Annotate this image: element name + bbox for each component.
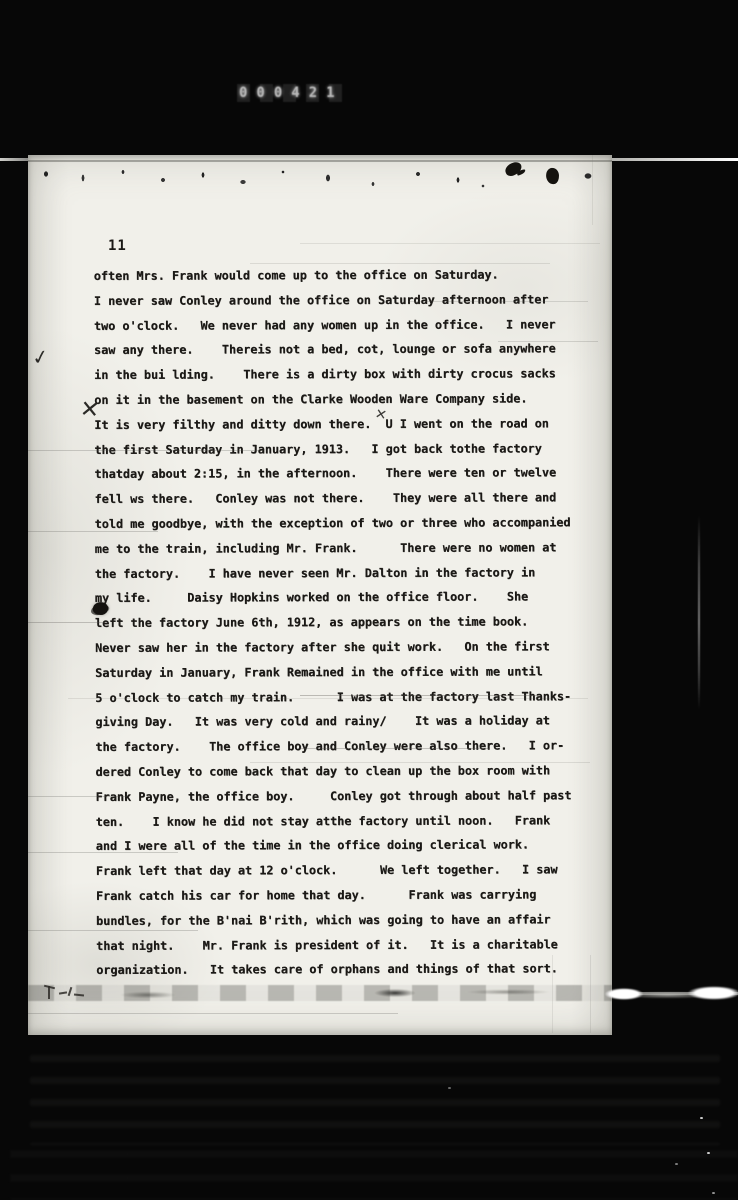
typed-line: me to the train, including Mr. Frank. Th… xyxy=(95,540,600,567)
platen-streak xyxy=(28,622,108,623)
typed-line: the factory. The office boy and Conley w… xyxy=(95,738,600,765)
film-speck xyxy=(712,1192,715,1194)
typed-line: I never saw Conley around the office on … xyxy=(94,292,599,319)
handwritten-mark xyxy=(42,978,88,1006)
platen-streak xyxy=(250,263,550,264)
typed-line: in the bui lding. There is a dirty box w… xyxy=(94,366,599,393)
typed-line: that night. Mr. Frank is president of it… xyxy=(96,937,601,964)
microfilm-frame: 000421 11 often Mrs. Frank would come up… xyxy=(0,0,738,1200)
ghost-text-band xyxy=(30,1055,720,1145)
typed-line: thatday about 2:15, in the afternoon. Th… xyxy=(94,465,599,492)
margin-x-mark: ✕ xyxy=(79,396,101,424)
typed-lines: often Mrs. Frank would come up to the of… xyxy=(94,267,602,988)
platen-streak xyxy=(28,796,128,797)
typed-line: two o'clock. We never had any women up i… xyxy=(94,317,599,344)
typed-line: fell ws there. Conley was not there. The… xyxy=(95,490,600,517)
typed-line: It is very filthy and ditty down there. … xyxy=(94,416,599,443)
platen-streak xyxy=(28,450,258,451)
typed-line: Frank left that day at 12 o'clock. We le… xyxy=(96,862,601,889)
typed-line: dered Conley to come back that day to cl… xyxy=(95,763,600,790)
typed-line: the first Saturday in January, 1913. I g… xyxy=(94,441,599,468)
typed-line: the factory. I have never seen Mr. Dalto… xyxy=(95,565,600,592)
platen-streak xyxy=(28,930,198,931)
platen-streak xyxy=(300,243,600,244)
platen-streak xyxy=(498,341,598,342)
page-number: 11 xyxy=(108,238,127,254)
page-edge-dirt xyxy=(28,160,612,200)
margin-check-mark: ✓ xyxy=(30,344,51,371)
fold-line xyxy=(590,955,591,1033)
bottom-smudge-band xyxy=(28,985,612,1001)
film-emulsion-blotch xyxy=(596,982,738,1008)
typed-line: Frank catch his car for home that day. F… xyxy=(96,887,601,914)
platen-streak xyxy=(300,695,540,696)
typed-line: 5 o'clock to catch my train. I was at th… xyxy=(95,689,600,716)
film-speck xyxy=(675,1163,678,1165)
typed-line: my life. Daisy Hopkins worked on the off… xyxy=(95,589,600,616)
film-speck xyxy=(700,1117,703,1119)
platen-streak xyxy=(28,852,178,853)
fold-line xyxy=(552,955,553,1033)
ghost-text-band xyxy=(10,1150,738,1200)
typed-line: Frank Payne, the office boy. Conley got … xyxy=(96,788,601,815)
film-speck xyxy=(448,1087,451,1089)
typed-line: organization. It takes care of orphans a… xyxy=(96,961,601,988)
platen-streak xyxy=(408,301,588,302)
film-frame-counter: 000421 xyxy=(237,84,346,102)
film-speck xyxy=(707,1152,710,1154)
typed-line: and I were all of the time in the office… xyxy=(96,837,601,864)
platen-streak xyxy=(300,748,490,749)
typed-line: often Mrs. Frank would come up to the of… xyxy=(94,267,599,294)
film-scratch-vertical xyxy=(698,515,700,710)
typed-line: left the factory June 6th, 1912, as appe… xyxy=(95,614,600,641)
typed-line: on it in the basement on the Clarke Wood… xyxy=(94,391,599,418)
typed-line: giving Day. It was very cold and rainy/ … xyxy=(95,713,600,740)
typed-line: saw any there. Thereis not a bed, cot, l… xyxy=(94,342,599,369)
fold-line xyxy=(592,155,593,225)
typed-line: bundles, for the B'nai B'rith, which was… xyxy=(96,912,601,939)
platen-streak xyxy=(68,698,588,699)
typed-line: Saturday in January, Frank Remained in t… xyxy=(95,664,600,691)
platen-streak xyxy=(28,531,158,532)
platen-streak xyxy=(250,762,590,763)
document-page: 11 often Mrs. Frank would come up to the… xyxy=(28,155,612,1035)
platen-streak xyxy=(28,1013,398,1014)
typed-line: Never saw her in the factory after she q… xyxy=(95,639,600,666)
typed-line: told me goodbye, with the exception of t… xyxy=(95,515,600,542)
typed-line: ten. I know he did not stay atthe factor… xyxy=(96,813,601,840)
